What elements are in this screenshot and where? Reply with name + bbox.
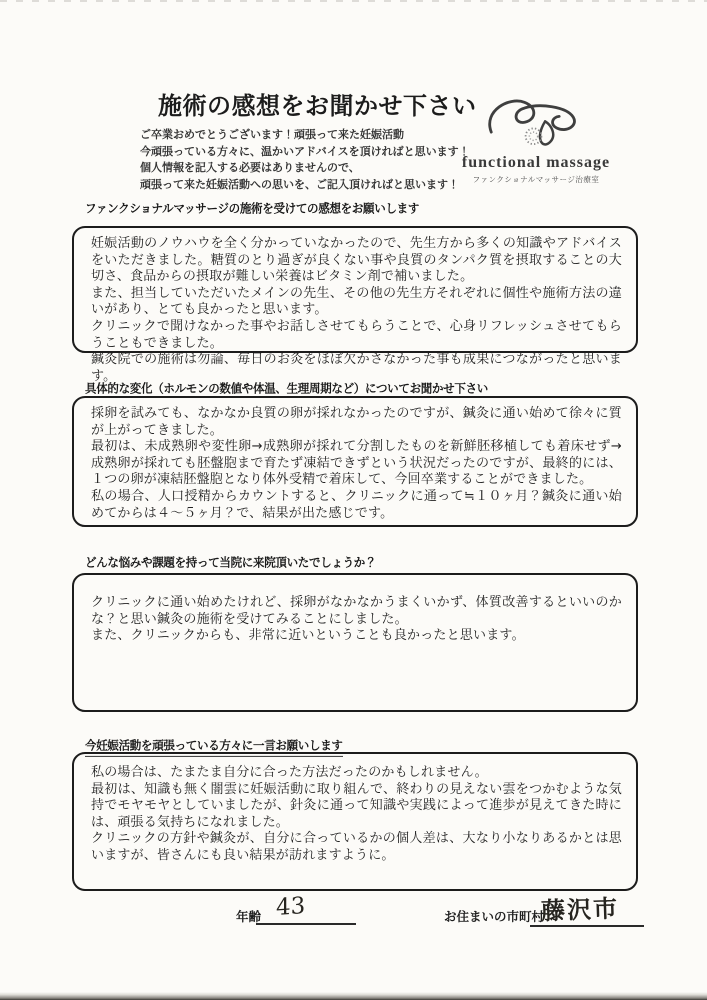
intro-line: ご卒業おめでとうございます！頑張って来た妊娠活動: [140, 129, 470, 141]
response-box-4: 私の場合は、たまたま自分に合った方法だったのかもしれません。 最初は、知識も無く…: [72, 752, 638, 891]
ribbon-icon: [438, 94, 634, 152]
response-text: クリニックで聞けなかった事やお話しさせてもらうことで、心身リフレッシュさせてもら…: [91, 319, 622, 352]
logo-subtitle: ファンクショナルマッサージ治療室: [438, 174, 634, 185]
city-value-handwritten: 藤沢市: [540, 889, 619, 927]
intro-line: 頑張って来た妊娠活動への思いを、ご記入頂ければと思います！: [140, 179, 470, 191]
response-box-2: 採卵を試みても、なかなか良質の卵が採れなかったのですが、鍼灸に通い始めて徐々に質…: [72, 396, 638, 527]
response-text: 私の場合、人口授精からカウントすると、クリニックに通って≒１０ヶ月？鍼灸に通い始…: [91, 489, 622, 522]
response-text: 妊娠活動のノウハウを全く分かっていなかったので、先生方から多くの知識やアドバイス…: [91, 236, 622, 286]
response-text: クリニックの方針や鍼灸が、自分に合っているかの個人差は、大なり小なりあるかとは思…: [91, 831, 622, 864]
intro-line: 今頑張っている方々に、温かいアドバイスを頂ければと思います！: [140, 146, 470, 158]
response-text: また、担当していただいたメインの先生、その他の先生方それぞれに個性や施術方法の違…: [91, 286, 622, 319]
response-text: 採卵を試みても、なかなか良質の卵が採れなかったのですが、鍼灸に通い始めて徐々に質…: [91, 406, 622, 439]
scan-edge-bottom: [0, 992, 707, 1000]
city-label: お住まいの市町村: [444, 907, 544, 925]
scan-edge-top: [0, 0, 707, 2]
response-text: 私の場合は、たまたま自分に合った方法だったのかもしれません。: [91, 765, 622, 782]
response-box-1: 妊娠活動のノウハウを全く分かっていなかったので、先生方から多くの知識やアドバイス…: [72, 226, 638, 353]
response-text: 最初は、知識も無く闇雲に妊娠活動に取り組んで、終わりの見えない雲をつかむような気…: [91, 782, 622, 832]
intro-line: 個人情報を記入する必要はありませんので、: [140, 162, 470, 174]
section-label: ファンクショナルマッサージの施術を受けての感想をお願いします: [85, 200, 419, 217]
clinic-logo: functional massage ファンクショナルマッサージ治療室: [438, 94, 634, 185]
response-text: クリニックに通い始めたけれど、採卵がなかなかうまくいかず、体質改善するといいのか…: [91, 595, 622, 628]
intro-text: ご卒業おめでとうございます！頑張って来た妊娠活動 今頑張っている方々に、温かいア…: [140, 129, 470, 195]
age-underline: [256, 923, 356, 925]
response-box-3: クリニックに通い始めたけれど、採卵がなかなかうまくいかず、体質改善するといいのか…: [72, 573, 638, 712]
section-label: どんな悩みや課題を持って当院に来院頂いたでしょうか？: [85, 554, 376, 571]
response-text: また、クリニックからも、非常に近いということも良かったと思います。: [91, 628, 622, 645]
age-value-handwritten: 43: [276, 893, 305, 921]
page-title: 施術の感想をお聞かせ下さい: [158, 86, 477, 121]
response-text: 最初は、未成熟卵や変性卵→成熟卵が採れて分割したものを新鮮胚移植しても着床せず→…: [91, 439, 622, 489]
scanned-feedback-form: 施術の感想をお聞かせ下さい ご卒業おめでとうございます！頑張って来た妊娠活動 今…: [0, 0, 707, 1000]
logo-name: functional massage: [438, 154, 634, 172]
section-label: 具体的な変化（ホルモンの数値や体温、生理周期など）についてお聞かせ下さい: [85, 380, 488, 397]
